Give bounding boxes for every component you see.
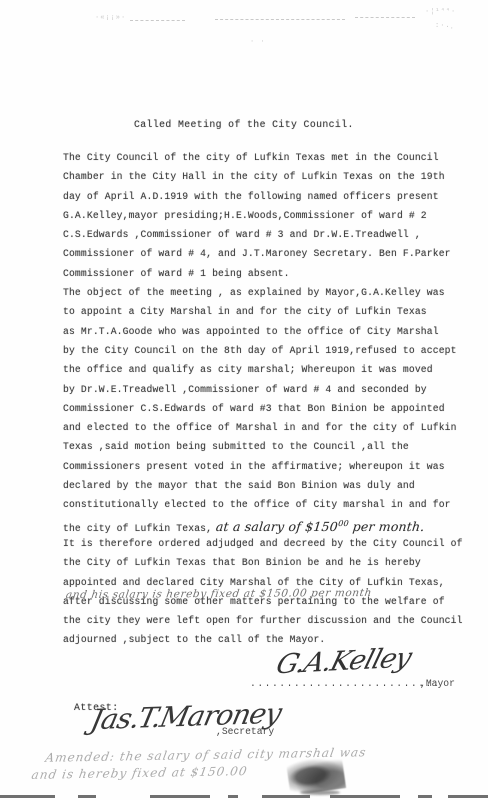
document-line: Commissioners present voted in the affir… xyxy=(63,461,468,480)
scanned-document-page: ·«¡¡»· ·¦¹⁴⁴· :·.¸ · · Called Meeting of… xyxy=(0,0,488,800)
document-line: by Dr.W.E.Treadwell ,Commissioner of war… xyxy=(63,384,468,403)
scan-smudge xyxy=(355,17,415,18)
document-line: constitutionally elected to the office o… xyxy=(63,499,468,518)
document-line: Chamber in the City Hall in the city of … xyxy=(63,171,468,190)
document-line: Texas ,said motion being submitted to th… xyxy=(63,441,468,460)
document-line: It is therefore ordered adjudged and dec… xyxy=(63,538,468,557)
document-line: to appoint a City Marshal in and for the… xyxy=(63,306,468,325)
footnote-handwriting-line: and is hereby fixed at $150.00 xyxy=(31,764,249,782)
document-line: Commissioner C.S.Edwards of ward #3 that… xyxy=(63,403,468,422)
document-line-with-handwriting: the city of Lufkin Texas,at a salary of … xyxy=(63,519,468,538)
document-line: declared by the mayor that the said Bon … xyxy=(63,480,468,499)
scan-artifact-bottom xyxy=(0,792,488,800)
inline-salary-handwriting: at a salary of $15000 per month. xyxy=(215,519,425,534)
mayor-title-label: ,Mayor xyxy=(420,678,455,689)
meeting-title: Called Meeting of the City Council. xyxy=(134,119,354,130)
document-line: G.A.Kelley,mayor presiding;H.E.Woods,Com… xyxy=(63,210,468,229)
mayor-signature-block: .......................... G.A.Kelley ,M… xyxy=(250,650,470,695)
document-line: the city they were left open for further… xyxy=(63,615,468,634)
document-line: day of April A.D.1919 with the following… xyxy=(63,191,468,210)
document-line: C.S.Edwards ,Commissioner of ward # 3 an… xyxy=(63,229,468,248)
interline-salary-handwriting: and his salary is hereby fixed at $150.0… xyxy=(65,587,373,601)
document-line: as Mr.T.A.Goode who was appointed to the… xyxy=(63,326,468,345)
scan-smudge: :·.¸ xyxy=(435,22,456,30)
handwriting-text: at a salary of $150 xyxy=(215,519,339,534)
document-line: by the City Council on the 8th day of Ap… xyxy=(63,345,468,364)
document-line: the office and qualify as city marshal; … xyxy=(63,364,468,383)
document-line: The object of the meeting , as explained… xyxy=(63,287,468,306)
handwriting-text: per month. xyxy=(348,519,426,534)
document-line: and elected to the office of Marshal in … xyxy=(63,422,468,441)
secretary-title-label: ,Secretary xyxy=(216,726,274,737)
document-line: Commissioner of ward # 4, and J.T.Marone… xyxy=(63,248,468,267)
scan-smudge xyxy=(130,20,185,21)
document-line: the City of Lufkin Texas that Bon Binion… xyxy=(63,557,468,576)
scan-smudge: ·«¡¡»· xyxy=(95,14,126,22)
document-line: The City Council of the city of Lufkin T… xyxy=(63,152,468,171)
scan-smudge: · · xyxy=(250,38,266,46)
scan-smudge xyxy=(215,19,345,20)
document-body: The City Council of the city of Lufkin T… xyxy=(63,152,468,654)
document-line: the city of Lufkin Texas, xyxy=(63,523,212,534)
mayor-signature: G.A.Kelley xyxy=(273,643,415,681)
document-line: Commissioner of ward # 1 being absent. xyxy=(63,268,468,287)
scan-smudge: ·¦¹⁴⁴· xyxy=(425,8,456,16)
